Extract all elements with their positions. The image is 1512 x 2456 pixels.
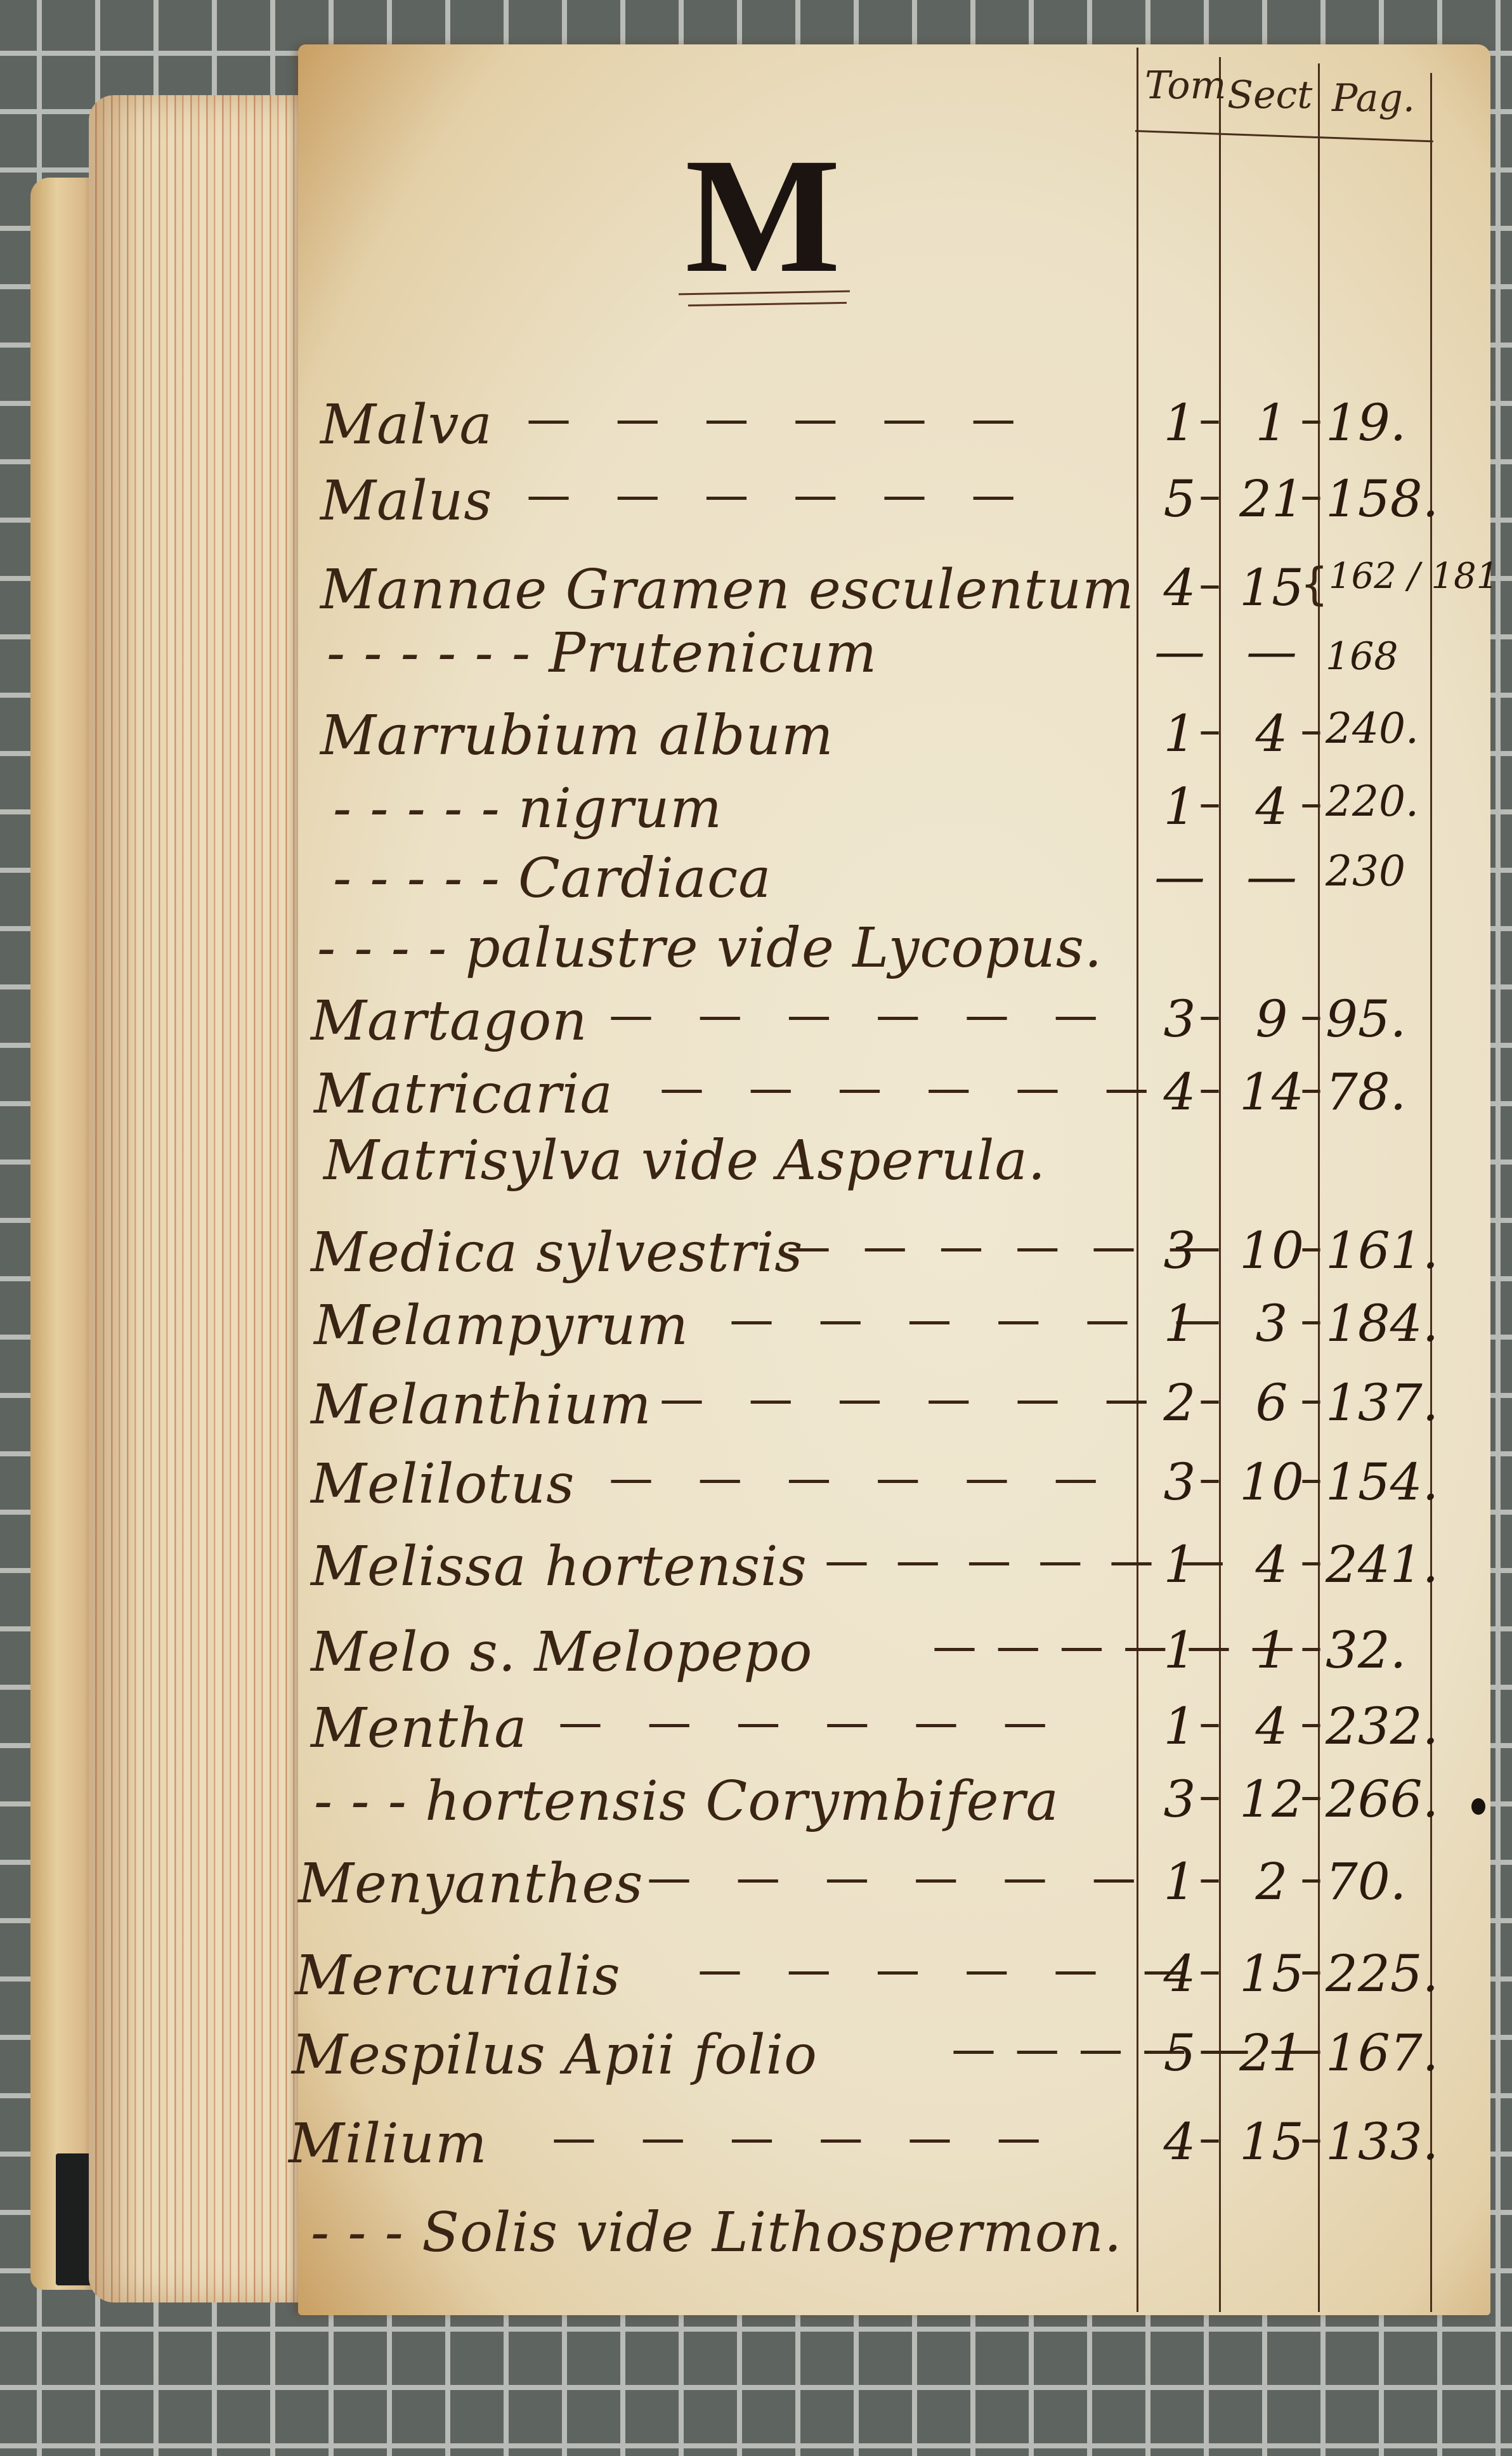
entry-name: - - - Solis vide Lithospermon. <box>311 2201 1122 2264</box>
separator: – <box>1199 469 1221 521</box>
entry-name: Malva <box>320 393 493 457</box>
entry-pag: 266. <box>1326 1770 1421 1829</box>
separator: – <box>1199 2112 1221 2164</box>
index-entry: - - - - - - Prutenicum — — 168 <box>0 622 1512 691</box>
separator: – <box>1300 1453 1322 1505</box>
separator: – <box>1300 1770 1322 1822</box>
entry-name: Malus <box>320 469 492 533</box>
index-entry: Marrubium album 1 – 4 – 240. <box>0 704 1512 774</box>
entry-tom: — <box>1148 622 1211 681</box>
entry-pag: 167. <box>1326 2023 1421 2082</box>
index-entry: - - - - - Cardiaca — — 230 <box>0 847 1512 917</box>
index-entry: Matrisylva vide Asperula. <box>0 1129 1512 1199</box>
index-entry: - - - hortensis Corymbifera 3 – 12 – 266… <box>0 1770 1512 1839</box>
entry-pag: 137. <box>1326 1373 1421 1432</box>
entry-pag: 133. <box>1326 2112 1421 2171</box>
separator: – <box>1300 1062 1322 1114</box>
entry-tom: — <box>1148 847 1211 906</box>
index-entry: Melo s. Melopepo — — — — — — 1 – 1 – 32. <box>0 1621 1512 1690</box>
leader-dashes: — — — — — — <box>526 393 1031 445</box>
section-letter-heading: M <box>685 133 840 298</box>
entry-name: Mespilus Apii folio <box>292 2023 818 2087</box>
entry-pag: 19. <box>1326 393 1421 452</box>
separator: – <box>1199 1852 1221 1904</box>
column-header-pag: Pag. <box>1332 76 1415 121</box>
entry-name: - - - - - - Prutenicum <box>327 622 877 685</box>
leader-dashes: — — — — — — <box>660 1062 1164 1114</box>
entry-pag: 158. <box>1326 469 1421 528</box>
separator: – <box>1199 704 1221 756</box>
separator: – <box>1300 990 1322 1042</box>
index-entry: Melilotus — — — — — — 3 – 10 – 154. <box>0 1453 1512 1522</box>
entry-name: Melo s. Melopepo <box>311 1621 812 1684</box>
entry-pag: 161. <box>1326 1221 1421 1280</box>
entry-pag: 78. <box>1326 1062 1421 1121</box>
entry-pag: 240. <box>1326 704 1421 753</box>
entry-name: Mannae Gramen esculentum <box>320 558 1135 622</box>
entry-name: - - - - - nigrum <box>333 777 722 840</box>
separator: – <box>1300 1221 1322 1273</box>
leader-dashes: — — — — — — <box>526 469 1031 521</box>
index-entry: Mannae Gramen esculentum 4 – 15 { <box>0 558 1512 628</box>
entry-name: Martagon <box>311 990 588 1053</box>
separator: – <box>1300 704 1322 756</box>
separator: – <box>1300 2023 1322 2075</box>
entry-pag: 232. <box>1326 1697 1421 1756</box>
entry-pag: 220. <box>1326 777 1421 826</box>
entry-pag: 70. <box>1326 1852 1421 1911</box>
separator: – <box>1300 393 1322 445</box>
entry-name: Medica sylvestris <box>311 1221 803 1284</box>
leader-dashes: — — — — — — <box>660 1373 1164 1425</box>
separator: – <box>1300 1697 1322 1749</box>
entry-pag-multi: 162 / 181 <box>1329 558 1499 595</box>
index-entry: Malus — — — — — — 5 – 21 – 158. <box>0 469 1512 539</box>
index-entry: Matricaria — — — — — — 4 – 14 – 78. <box>0 1062 1512 1132</box>
index-entry: Melampyrum — — — — — — 1 – 3 – 184. <box>0 1294 1512 1364</box>
index-entry: Mercurialis — — — — — — 4 – 15 – 225. <box>0 1944 1512 2014</box>
entry-pag: 230 <box>1326 847 1421 896</box>
index-entry: Mespilus Apii folio — — — — — — 5 – 21 –… <box>0 2023 1512 2093</box>
entry-name: Melampyrum <box>314 1294 689 1357</box>
entry-pag: 95. <box>1326 990 1421 1048</box>
index-entry: Menyanthes — — — — — — 1 – 2 – 70. <box>0 1852 1512 1922</box>
leader-dashes: — — — — — — <box>558 1697 1062 1749</box>
separator: – <box>1300 1621 1322 1673</box>
entry-pag: 168 <box>1326 634 1421 679</box>
separator: – <box>1199 1221 1221 1273</box>
leader-dashes: — — — — — — <box>552 2112 1056 2164</box>
leader-dashes: — — — — — — <box>609 990 1113 1042</box>
index-entry: - - - - palustre vide Lycopus. <box>0 917 1512 986</box>
entry-pag: 184. <box>1326 1294 1421 1353</box>
entry-pag: 241. <box>1326 1535 1421 1594</box>
separator: – <box>1300 2112 1322 2164</box>
column-header-sect: Sect <box>1227 73 1312 117</box>
separator: – <box>1199 1294 1221 1346</box>
separator: – <box>1199 1535 1221 1587</box>
entry-name: - - - - - Cardiaca <box>333 847 771 910</box>
index-entry: - - - - - nigrum 1 – 4 – 220. <box>0 777 1512 847</box>
entry-name: Menyanthes <box>298 1852 644 1916</box>
index-entry: Martagon — — — — — — 3 – 9 – 95. <box>0 990 1512 1059</box>
index-entry: Melanthium — — — — — — 2 – 6 – 137. <box>0 1373 1512 1443</box>
entry-name: Marrubium album <box>320 704 834 768</box>
entry-name: - - - hortensis Corymbifera <box>314 1770 1059 1833</box>
entry-name: Milium <box>289 2112 488 2176</box>
leader-dashes: — — — — — — <box>609 1453 1113 1505</box>
entry-name: - - - - palustre vide Lycopus. <box>317 917 1102 980</box>
index-entry: Malva — — — — — — 1 – 1 – 19. <box>0 393 1512 463</box>
entry-name: Melissa hortensis <box>311 1535 807 1598</box>
separator: – <box>1300 1294 1322 1346</box>
separator: – <box>1300 777 1322 829</box>
column-header-tom: Tom <box>1145 63 1226 108</box>
separator: – <box>1300 1535 1322 1587</box>
separator: – <box>1300 469 1322 521</box>
separator: – <box>1199 1062 1221 1114</box>
entry-name: Mercurialis <box>295 1944 621 2008</box>
separator: – <box>1300 1852 1322 1904</box>
entry-name: Mentha <box>311 1697 528 1760</box>
separator: – <box>1300 1944 1322 1996</box>
separator: – <box>1199 1453 1221 1505</box>
index-entry: - - - Solis vide Lithospermon. <box>0 2201 1512 2271</box>
separator: – <box>1199 1621 1221 1673</box>
index-entry: Milium — — — — — — 4 – 15 – 133. <box>0 2112 1512 2182</box>
index-entry: Medica sylvestris — — — — — — 3 – 10 – 1… <box>0 1221 1512 1291</box>
separator: – <box>1199 393 1221 445</box>
separator: – <box>1199 1697 1221 1749</box>
separator: – <box>1199 1944 1221 1996</box>
entry-name: Melanthium <box>311 1373 652 1437</box>
entry-pag: 154. <box>1326 1453 1421 1512</box>
entry-pag: 225. <box>1326 1944 1421 2003</box>
ink-blot <box>1471 1798 1485 1815</box>
leader-dashes: — — — — — — <box>698 1944 1202 1996</box>
separator: – <box>1199 558 1221 610</box>
leader-dashes: — — — — — — <box>647 1852 1151 1904</box>
separator: – <box>1199 990 1221 1042</box>
separator: { <box>1300 558 1329 610</box>
separator: – <box>1199 777 1221 829</box>
separator: – <box>1199 1770 1221 1822</box>
index-entry: Mentha — — — — — — 1 – 4 – 232. <box>0 1697 1512 1767</box>
entry-name: Matrisylva vide Asperula. <box>323 1129 1046 1192</box>
entry-sect: — <box>1230 847 1313 906</box>
separator: – <box>1199 1373 1221 1425</box>
entry-name: Melilotus <box>311 1453 575 1516</box>
entry-name: Matricaria <box>314 1062 613 1126</box>
separator: – <box>1199 2023 1221 2075</box>
entry-pag: 32. <box>1326 1621 1421 1680</box>
entry-sect: — <box>1230 622 1313 681</box>
separator: – <box>1300 1373 1322 1425</box>
index-entry: Melissa hortensis — — — — — — 1 – 4 – 24… <box>0 1535 1512 1605</box>
